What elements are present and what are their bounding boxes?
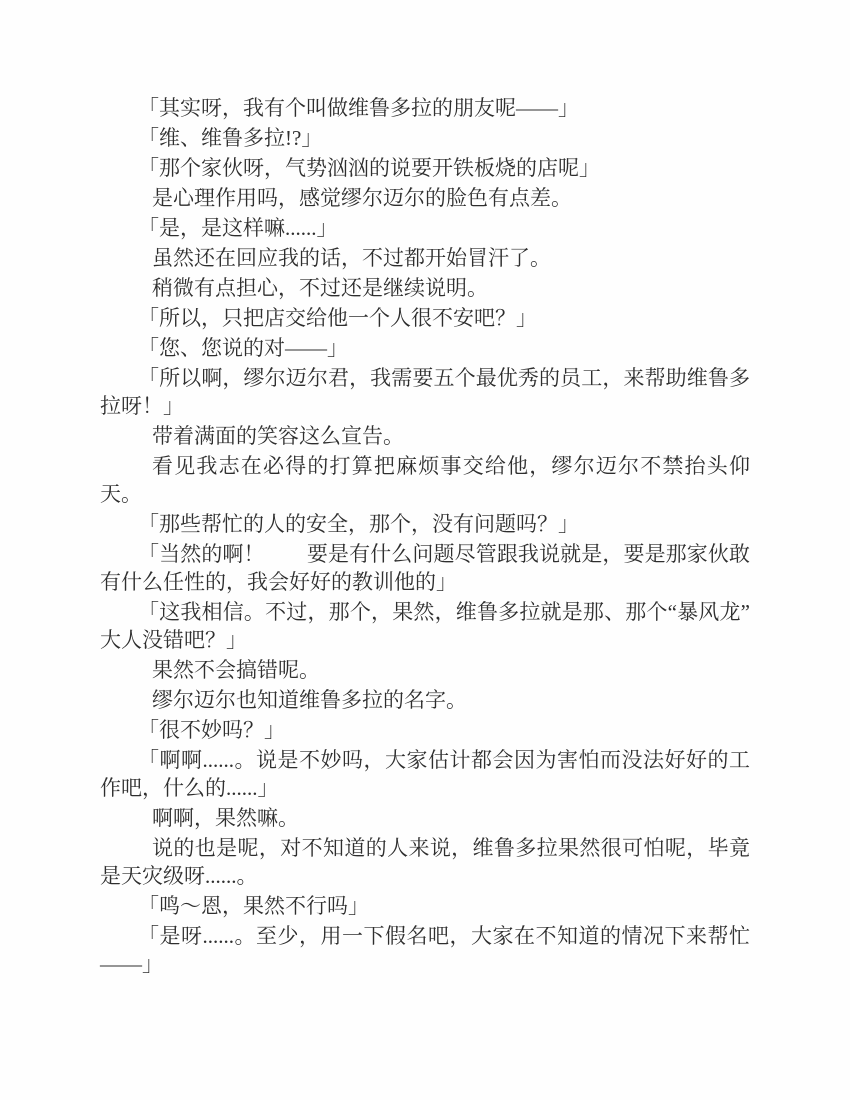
paragraph-dialogue: 「那个家伙呀，气势汹汹的说要开铁板烧的店呢」 xyxy=(100,154,750,182)
document-page: 「其实呀，我有个叫做维鲁多拉的朋友呢——」「维、维鲁多拉!?」「那个家伙呀，气势… xyxy=(0,0,850,1100)
paragraph-narration: 是心理作用吗，感觉缪尔迈尔的脸色有点差。 xyxy=(100,184,750,212)
paragraph-dialogue: 「当然的啊！ 要是有什么问题尽管跟我说就是，要是那家伙敢有什么任性的，我会好好的… xyxy=(100,540,750,596)
paragraph-narration: 缪尔迈尔也知道维鲁多拉的名字。 xyxy=(100,686,750,714)
paragraph-dialogue: 「所以，只把店交给他一个人很不安吧？」 xyxy=(100,304,750,332)
paragraph-narration: 稍微有点担心，不过还是继续说明。 xyxy=(100,274,750,302)
paragraph-dialogue: 「是，是这样嘛......」 xyxy=(100,214,750,242)
paragraph-narration: 果然不会搞错呢。 xyxy=(100,656,750,684)
page: { "document": { "kind": "novel-text-page… xyxy=(0,0,850,1100)
paragraph-dialogue: 「啊啊......。说是不妙吗，大家估计都会因为害怕而没法好好的工作吧，什么的.… xyxy=(100,746,750,802)
paragraph-dialogue: 「那些帮忙的人的安全，那个，没有问题吗？」 xyxy=(100,510,750,538)
paragraph-dialogue: 「您、您说的对——」 xyxy=(100,334,750,362)
paragraph-narration: 说的也是呢，对不知道的人来说，维鲁多拉果然很可怕呢，毕竟是天灾级呀......。 xyxy=(100,834,750,890)
paragraph-dialogue: 「其实呀，我有个叫做维鲁多拉的朋友呢——」 xyxy=(100,94,750,122)
paragraph-dialogue: 「所以啊，缪尔迈尔君，我需要五个最优秀的员工，来帮助维鲁多拉呀！」 xyxy=(100,364,750,420)
paragraph-narration: 啊啊，果然嘛。 xyxy=(100,804,750,832)
paragraph-dialogue: 「是呀......。至少，用一下假名吧，大家在不知道的情况下来帮忙——」 xyxy=(100,922,750,978)
page-content: 「其实呀，我有个叫做维鲁多拉的朋友呢——」「维、维鲁多拉!?」「那个家伙呀，气势… xyxy=(100,92,750,980)
paragraph-dialogue: 「这我相信。不过，那个，果然，维鲁多拉就是那、那个“暴风龙”大人没错吧？」 xyxy=(100,598,750,654)
paragraph-narration: 虽然还在回应我的话，不过都开始冒汗了。 xyxy=(100,244,750,272)
paragraph-dialogue: 「维、维鲁多拉!?」 xyxy=(100,124,750,152)
paragraph-narration: 看见我志在必得的打算把麻烦事交给他，缪尔迈尔不禁抬头仰天。 xyxy=(100,452,750,508)
paragraph-narration: 带着满面的笑容这么宣告。 xyxy=(100,422,750,450)
paragraph-dialogue: 「很不妙吗？」 xyxy=(100,716,750,744)
paragraph-dialogue: 「鸣～恩，果然不行吗」 xyxy=(100,892,750,920)
